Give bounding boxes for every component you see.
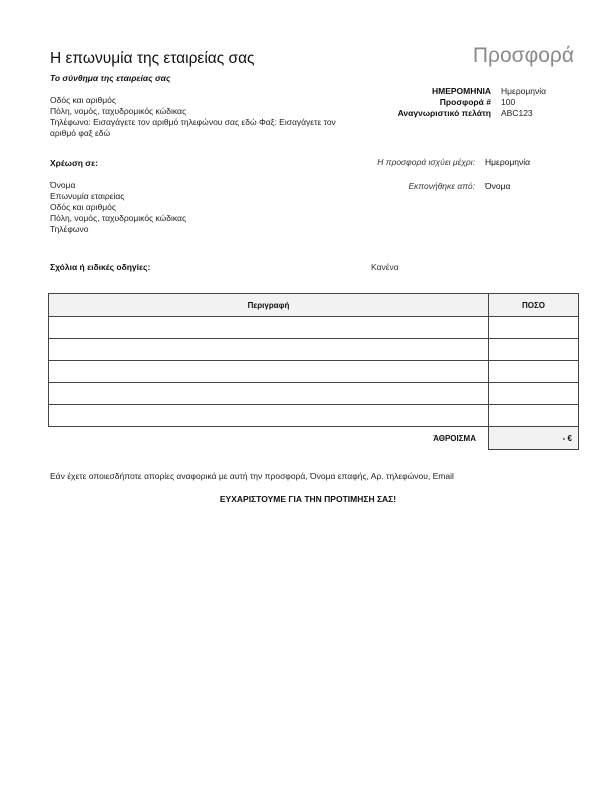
table-row (49, 317, 579, 339)
table-row (49, 405, 579, 427)
bill-to-heading: Χρέωση σε: (50, 158, 98, 168)
total-label: ΆΘΡΟΙΣΜΑ (49, 427, 489, 450)
prepared-by-row: Εκπονήθηκε από: Όνομα (360, 181, 530, 192)
bill-to-address: Όνομα Επωνυμία εταιρείας Οδός και αριθμό… (50, 180, 186, 235)
valid-until-row: Η προσφορά ισχύει μέχρι: Ημερομηνία (360, 157, 530, 168)
table-row (49, 383, 579, 405)
description-cell[interactable] (49, 339, 489, 361)
address-city: Πόλη, νομός, ταχυδρομικός κώδικας (50, 106, 350, 117)
meta-value: Ημερομηνία (501, 86, 546, 97)
meta-label: Αναγνωριστικό πελάτη (360, 108, 501, 119)
description-cell[interactable] (49, 405, 489, 427)
address-street: Οδός και αριθμός (50, 95, 350, 106)
amount-cell[interactable] (489, 361, 579, 383)
bill-to-line: Τηλέφωνο (50, 224, 186, 235)
meta-row-date: ΗΜΕΡΟΜΗΝΙΑ Ημερομηνία (360, 86, 546, 97)
footer-contact: Εάν έχετε οποιεσδήποτε απορίες αναφορικά… (50, 471, 454, 481)
table-row (49, 339, 579, 361)
address-phone-fax: Τηλέφωνο: Εισαγάγετε τον αριθμό τηλεφώνο… (50, 117, 350, 139)
header-description: Περιγραφή (49, 294, 489, 317)
comments-label: Σχόλια ή ειδικές οδηγίες: (50, 262, 150, 272)
meta-row-customer-id: Αναγνωριστικό πελάτη ABC123 (360, 108, 546, 119)
table-header-row: Περιγραφή ΠΟΣΟ (49, 294, 579, 317)
total-row: ΆΘΡΟΙΣΜΑ - € (49, 427, 579, 450)
company-slogan: Το σύνθημα της εταιρείας σας (50, 73, 170, 83)
bill-to-line: Πόλη, νομός, ταχυδρομικός κώδικας (50, 213, 186, 224)
bill-to-line: Επωνυμία εταιρείας (50, 191, 186, 202)
footer-thanks: ΕΥΧΑΡΙΣΤΟΥΜΕ ΓΙΑ ΤΗΝ ΠΡΟΤΙΜΗΣΗ ΣΑΣ! (0, 494, 616, 504)
valid-until-value: Ημερομηνία (485, 157, 530, 168)
header-amount: ΠΟΣΟ (489, 294, 579, 317)
quote-meta: ΗΜΕΡΟΜΗΝΙΑ Ημερομηνία Προσφορά # 100 Ανα… (360, 86, 546, 119)
amount-cell[interactable] (489, 383, 579, 405)
document-title: Προσφορά (473, 44, 574, 68)
company-name: Η επωνυμία της εταιρείας σας (50, 50, 255, 68)
items-table: Περιγραφή ΠΟΣΟ ΆΘΡΟΙΣΜΑ - € (48, 293, 579, 450)
bill-to-line: Οδός και αριθμός (50, 202, 186, 213)
valid-until-label: Η προσφορά ισχύει μέχρι: (360, 157, 485, 168)
meta-label: Προσφορά # (360, 97, 501, 108)
meta-value: 100 (501, 97, 515, 108)
meta-label: ΗΜΕΡΟΜΗΝΙΑ (360, 86, 501, 97)
comments-value: Κανένα (371, 262, 399, 272)
description-cell[interactable] (49, 383, 489, 405)
prepared-by-value: Όνομα (485, 181, 510, 192)
company-address: Οδός και αριθμός Πόλη, νομός, ταχυδρομικ… (50, 95, 350, 139)
description-cell[interactable] (49, 361, 489, 383)
meta-row-quote-number: Προσφορά # 100 (360, 97, 546, 108)
amount-cell[interactable] (489, 339, 579, 361)
meta-value: ABC123 (501, 108, 533, 119)
prepared-by-label: Εκπονήθηκε από: (360, 181, 485, 192)
amount-cell[interactable] (489, 405, 579, 427)
description-cell[interactable] (49, 317, 489, 339)
validity-info: Η προσφορά ισχύει μέχρι: Ημερομηνία Εκπο… (360, 157, 530, 205)
table-row (49, 361, 579, 383)
amount-cell[interactable] (489, 317, 579, 339)
bill-to-line: Όνομα (50, 180, 186, 191)
total-value: - € (489, 427, 579, 450)
